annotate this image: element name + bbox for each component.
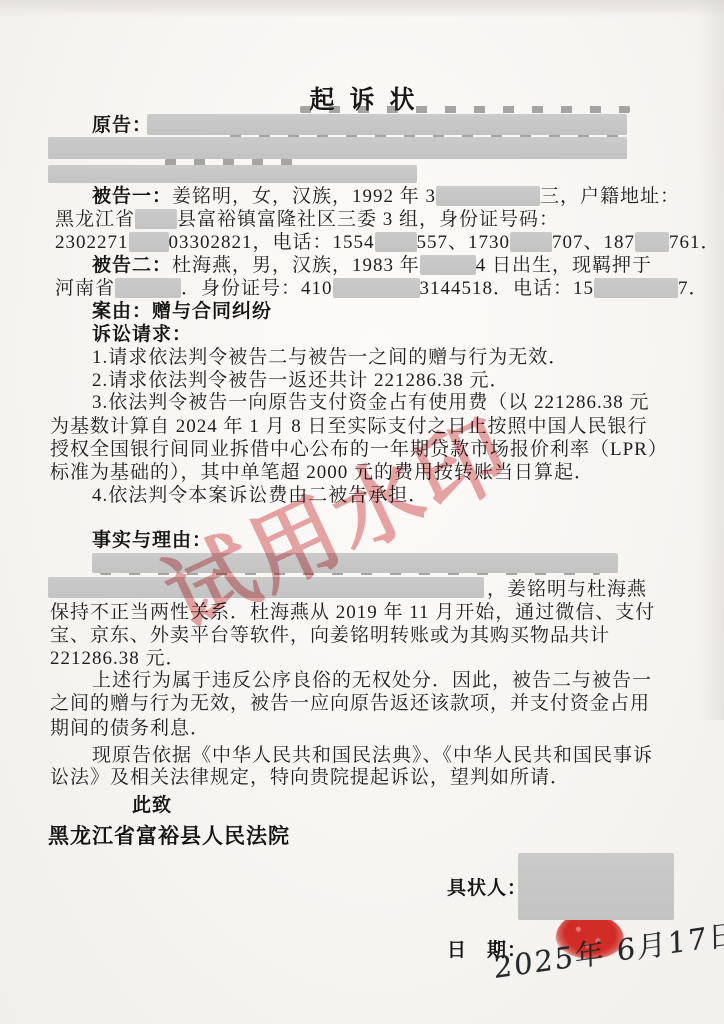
defendant2-address-prefix: 河南省 <box>55 278 115 299</box>
redaction-inline <box>635 232 669 252</box>
redaction-inline <box>594 278 678 298</box>
redaction-inline <box>420 255 476 275</box>
facts-redacted-line-suffix: ，姜铭明与杜海燕 <box>487 579 647 601</box>
redaction-inline <box>436 186 540 206</box>
redaction-bar-plaintiff-3 <box>48 165 417 183</box>
defendant1-address-prefix: 黑龙江省 <box>55 209 135 230</box>
defendant2-phone-tail: 7． <box>678 278 709 299</box>
defendant2-info-after: 4 日出生，现羁押于 <box>476 255 652 276</box>
defendant2-line1: 被告二：杜海燕，男，汉族，1983 年4 日出生，现羁押于 <box>92 255 652 277</box>
court-name-text: 黑龙江省富裕县人民法院 <box>48 825 290 848</box>
defendant1-line1: 被告一：姜铭明，女，汉族，1992 年 3三，户籍地址： <box>92 186 680 208</box>
facts-para1-line2: 宝、京东、外卖平台等软件，向姜铭明转账或为其购买物品共计 <box>50 625 610 647</box>
defendant2-info: 杜海燕，男，汉族，1983 年 <box>172 255 420 276</box>
signer-label: 具状人： <box>447 878 527 899</box>
plaintiff-label: 原告： <box>92 115 152 136</box>
signer-line: 具状人： <box>447 878 527 900</box>
redaction-inline <box>135 209 177 229</box>
facts-para2-line1: 上述行为属于违反公序良俗的无权处分．因此，被告二与被告一 <box>92 670 652 692</box>
defendant2-id-tail: 3144518．电话：15 <box>420 278 595 299</box>
redaction-inline <box>129 232 169 252</box>
claims-heading-text: 诉讼请求： <box>92 324 192 345</box>
partial-text-smudge <box>300 106 630 113</box>
defendant1-id-part1: 2302271 <box>55 232 129 253</box>
redaction-inline <box>333 278 420 298</box>
defendant1-line2: 黑龙江省县富裕镇富隆社区三委 3 组，身份证号码： <box>55 209 559 231</box>
defendant1-phone-part3: 707、187 <box>552 232 635 253</box>
defendant1-line3: 230227103302821，电话：1554557、1730707、18776… <box>55 232 721 254</box>
redaction-bar-plaintiff-1 <box>147 114 627 135</box>
court-name-line: 黑龙江省富裕县人民法院 <box>48 825 290 848</box>
cause-line: 案由：赠与合同纠纷 <box>92 301 272 323</box>
scan-edge-artifact <box>0 0 724 18</box>
scanned-complaint-document: 起诉状 原告： 被告一：姜铭明，女，汉族，1992 年 3三，户籍地址： 黑龙江… <box>0 0 724 1024</box>
facts-para1-line1: 保持不正当两性关系．杜海燕从 2019 年 11 月开始，通过微信、支付 <box>50 602 655 624</box>
claims-heading: 诉讼请求： <box>92 324 192 346</box>
defendant2-line2: 河南省．身份证号：4103144518．电话：157． <box>55 278 709 300</box>
salute-text: 此致 <box>132 795 172 816</box>
facts-para2-line3: 期间的债务利息． <box>50 718 210 740</box>
claim-item-3-line2: 为基数计算自 2024 年 1 月 8 日至实际支付之日止按照中国人民银行 <box>50 416 648 438</box>
defendant1-address-suffix: 县富裕镇富隆社区三委 3 组，身份证号码： <box>177 209 559 230</box>
facts-para3-line1: 现原告依据《中华人民共和国民法典》、《中华人民共和国民事诉 <box>92 745 653 767</box>
defendant1-info: 姜铭明，女，汉族，1992 年 3 <box>172 186 436 207</box>
defendant1-phone-part2: 557、1730 <box>417 232 511 253</box>
facts-para3-line2: 讼法》及相关法律规定，特向贵院提起诉讼，望判如所请． <box>50 767 570 789</box>
cause-value: 赠与合同纠纷 <box>152 301 272 322</box>
redaction-inline <box>510 232 552 252</box>
redaction-bar-plaintiff-2 <box>48 137 627 159</box>
defendant1-info-after: 三，户籍地址： <box>540 186 680 207</box>
claim-item-3-line1: 3.依法判令被告一向原告支付资金占有使用费（以 221286.38 元 <box>92 392 650 414</box>
redaction-inline <box>375 232 417 252</box>
claim-item-2: 2.请求依法判令被告一返还共计 221286.38 元． <box>92 370 510 392</box>
salute-line: 此致 <box>132 795 172 817</box>
facts-para1-line3: 221286.38 元． <box>50 648 186 670</box>
redaction-inline <box>115 278 181 298</box>
facts-para2-line2: 之间的赠与行为无效，被告一应向原告返还该款项，并支付资金占用 <box>50 693 650 715</box>
defendant1-label: 被告一： <box>92 186 172 207</box>
defendant2-label: 被告二： <box>92 255 172 276</box>
redaction-box-signer <box>518 853 674 920</box>
defendant1-phone-part4: 761． <box>669 232 721 253</box>
plaintiff-line: 原告： <box>92 115 152 137</box>
claim-item-1: 1.请求依法判令被告二与被告一之间的赠与行为无效． <box>92 347 568 369</box>
cause-label: 案由： <box>92 301 152 322</box>
defendant2-id-label: ．身份证号：410 <box>181 278 333 299</box>
defendant1-id-part2: 03302821，电话：1554 <box>169 232 375 253</box>
